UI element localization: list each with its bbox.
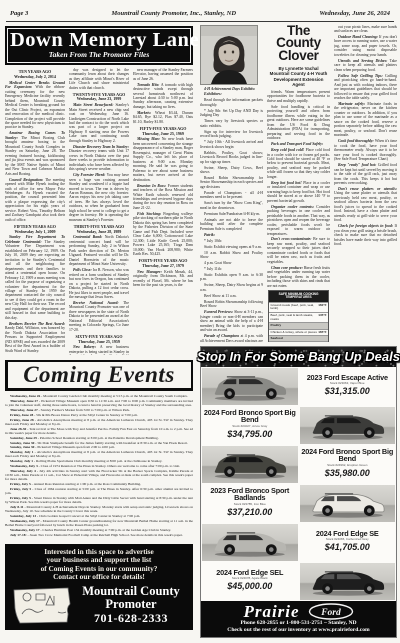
vehicle-listing: 2023 Ford Escape ActiveStock #23063, Vap… <box>299 367 397 404</box>
clover-paragraph: Exhibitors: <box>200 92 263 96</box>
clover-paragraph: Utensils and Serving Dishes: Take care t… <box>334 59 397 72</box>
vehicle-photo <box>202 446 298 483</box>
vehicle-stock: Stock #24078, Agate Black <box>232 577 268 581</box>
vehicle-stock: Stock #24027, Azure Gray <box>232 425 267 429</box>
clover-paragraph: Pack and Transport Food Safely: <box>267 142 330 146</box>
event-date: July 8-11 - <box>10 505 27 509</box>
dealer-logo-row: Prairie Ford <box>203 603 394 620</box>
memory-lane-lead-in: Fish Stocking: <box>137 212 163 216</box>
memory-lane-paragraph: Disaster Recovery Team In Stanley: Disas… <box>69 145 129 172</box>
clover-lead-in: Outdoor Hand Cleaning: <box>338 35 379 39</box>
coming-event-item: Friday, June 28 - 50s & 60s Booze Dance … <box>5 413 193 417</box>
promoter-name-line2: Promoter <box>74 598 188 612</box>
coming-event-item: Thursday, July 4 - July 4th activities i… <box>5 469 193 481</box>
clover-lead-in: Cook food thoroughly: <box>338 139 375 143</box>
safe-temperature-chart: SAFE MINIMUM COOKING TEMPERATURESGround … <box>268 290 329 341</box>
clover-lead-in: Marinate safely: <box>338 102 367 106</box>
clover-paragraph: Funeral Previews: Show at 3-11 p.m., (si… <box>200 310 263 332</box>
memory-lane-paragraph: Stanley Fire Department To Celebrate Cen… <box>5 235 65 320</box>
vehicle-photo <box>300 563 396 600</box>
memory-lane-lead-in: New Bakery: <box>73 345 100 349</box>
vehicle-price: $31,315.00 <box>325 387 370 396</box>
clover-paragraph: Animals are not able to leave the buildi… <box>200 218 263 231</box>
clover-paragraph: friends. Warm temperatures present oppor… <box>267 90 330 103</box>
coming-event-item: Wednesday, July 17 - Charles Hartman Pos… <box>5 528 193 532</box>
clover-paragraph: Clean core produce: Rinse fresh fruits a… <box>267 266 330 288</box>
page-body: Down Memory Lane Taken From The Promoter… <box>0 22 400 638</box>
promoter-phone: 701-628-2333 <box>74 612 188 626</box>
clover-byline3: Development Extension Agent <box>267 77 330 88</box>
clover-paragraph: Keep hot food hot! Place in a cooler or … <box>267 181 330 203</box>
vehicle-price: $37,210.00 <box>227 508 272 517</box>
vehicle-name: 2024 Ford Edge SE <box>316 530 379 537</box>
memory-lane-lead-in: Tornado Hits: <box>137 83 161 87</box>
clover-paragraph: * July 8th: Set Up Day AND Day is Judgin… <box>200 109 263 118</box>
clover-title: The County Clover <box>267 25 330 63</box>
clover-paragraph: Patrik: <box>200 233 263 237</box>
clover-lead-in: Pack and Transport Food Safely: <box>271 142 323 146</box>
svg-text:Ford: Ford <box>320 608 341 618</box>
vehicle-name: 2024 Ford Bronco Sport Big Bend <box>301 448 395 463</box>
memory-lane-paragraph: New Manager: Keith Mrnak, 44, originally… <box>133 270 193 288</box>
clover-paragraph: Don't reuse platters or utensils: Using … <box>334 187 397 223</box>
memory-lane-subtitle: Taken From The Promoter Files <box>10 51 188 59</box>
event-date: Saturday, July 13 - <box>10 514 39 518</box>
promoter-contact: Mountrail County Promoter 701-628-2333 <box>74 585 188 626</box>
coming-event-item: Friday, July 5 - Street Dance in Stanley… <box>5 496 193 504</box>
coming-event-item: Wednesday, July 3 - Class of 1974 Reunio… <box>5 464 193 468</box>
left-column: Down Memory Lane Taken From The Promoter… <box>5 25 193 638</box>
down-memory-lane-frame: Down Memory Lane Taken From The Promoter… <box>7 28 191 63</box>
clover-paragraph: * July 10th: <box>200 239 263 243</box>
memory-lane-column-3: new manager of the Stanley Farmers Eleva… <box>133 68 193 355</box>
vehicle-listing: 2024 Ford Bronco Sport Big BendStock #24… <box>299 445 397 482</box>
memory-lane-lead-in: City Forester Hired: <box>73 173 107 177</box>
memory-lane-lead-in: Amateur Boxing Comes To Stanley: <box>5 131 65 139</box>
promo-message-line: Contact our office for details! <box>10 573 188 582</box>
clover-paragraph: 10 a.m. Rabbit Show and Poultry Show <box>200 251 263 260</box>
memory-lane-lead-in: Missing Man: <box>137 137 162 141</box>
clover-paragraph: 4-H Achievement Days Exhibits: <box>200 87 263 91</box>
memory-lane-lead-in: Main Street Resurfaced: <box>73 103 115 107</box>
clover-paragraph: 4 p.m. Goat Show <box>200 261 263 265</box>
memory-lane-column-2: day was designed to let the community le… <box>69 68 129 355</box>
coming-event-item: June 28-30 - Tent revival at The Moss wi… <box>5 427 193 435</box>
ford-logo: Ford <box>308 603 354 620</box>
ad-banner-text: Stop In For Some Bang Up Deals <box>197 350 400 363</box>
memory-lane-paragraph: Main Street Resurfaced: Stanley's Main S… <box>69 103 129 143</box>
clover-paragraph: * July 11th: <box>200 267 263 271</box>
coming-event-item: Monday, July 1 - Alcoholics Anonymous me… <box>5 450 193 458</box>
vehicle-photo <box>202 524 298 561</box>
coming-event-item: Friday, July 5 - Class of 1964 reunion s… <box>5 487 193 495</box>
event-date: Friday, July 5 - <box>10 496 34 500</box>
clover-paragraph: Round Robin Showmanship for Senior Showm… <box>200 176 263 189</box>
event-date: Wednesday, June 26 - <box>10 394 43 398</box>
clover-paragraph: Read through the information packets tho… <box>200 98 263 107</box>
memory-lane-lead-in: Reunion In Ross: <box>137 184 168 188</box>
clover-lead-in: Don't cross-contaminate: <box>271 237 313 241</box>
masthead-line: Mountrail County Promoter, Inc., Stanley… <box>112 11 237 18</box>
memory-lane-paragraph: Missing Man: No new leads have been unco… <box>133 137 193 182</box>
coming-event-item: July 8-11 - Mountrail County 4-H Achieve… <box>5 505 193 513</box>
memory-lane-paragraph: Polls Close: Ira B. Nesson, who was reti… <box>69 268 129 299</box>
clover-paragraph: Safe food handling is critical in protec… <box>267 105 330 141</box>
clover-paragraph: Keep "ready" food hot: Grilled food can … <box>334 163 397 185</box>
clover-lead-in: Keep cold food cold! <box>271 148 306 152</box>
coming-event-item: July 17-18: - Jasen Two Crow Memorial Fo… <box>5 533 193 537</box>
event-date: Thursday, July 4 - <box>10 469 39 473</box>
clover-lead-in: Keep hot food hot! <box>271 181 303 185</box>
vehicle-photo <box>300 485 396 522</box>
memory-lane-lead-in: Disaster Recovery Team In Stanley: <box>73 145 129 149</box>
clover-paragraph: out your picnic lines, make sure hands a… <box>334 25 397 34</box>
clover-paragraph: Organize cooler contents: Consider packi… <box>267 205 330 236</box>
vehicle-price: $45,000.00 <box>227 582 272 591</box>
vehicle-listing: 2024 Ford Bronco Sport Big BendStock #24… <box>201 406 299 443</box>
coming-event-item: Monday, July 1 - Rolling Plains Sportsma… <box>5 459 193 463</box>
event-date: Sunday, June 30 - <box>10 445 37 449</box>
coming-events-title: Coming Events <box>9 363 190 386</box>
clover-paragraph: Parade of Champions - all 4-H members ne… <box>200 191 263 200</box>
clover-paragraph: Premium Sale/Fundraiser/4-H kly m. <box>200 212 263 216</box>
clover-paragraph: Follow Safe Grilling Tips: Grilling and … <box>334 74 397 101</box>
temp-chart-row: Chicken & turkey, whole or pieces165°F <box>269 329 328 335</box>
clover-paragraph: Times vary by livestock species or stati… <box>200 119 263 128</box>
memory-lane-paragraph: City Forester Hired: You may have seen a… <box>69 173 129 222</box>
page-number: Page 3 <box>10 11 28 18</box>
memory-lane-paragraph: Fish Stocking: Fingerling walleye pike s… <box>133 212 193 257</box>
clover-column-2: The County Clover By Lynnette Vachal Mou… <box>267 25 330 342</box>
clover-lead-in: 4-H Achievement Days Exhibits: <box>204 87 255 91</box>
dealership-ad: Stop In For Some Bang Up Deals 2023 Ford… <box>200 346 397 638</box>
coming-event-item: Wednesday, July 17 - Mountrail County He… <box>5 519 193 527</box>
memory-lane-lead-in: Markets: <box>137 111 155 115</box>
vehicle-price: $34,795.00 <box>227 430 272 439</box>
clover-lead-in: Exhibitors: <box>204 92 222 96</box>
memory-lane-section-heading: FIFTEEN YEARS AGOWednesday July 1, 2009 <box>5 225 65 235</box>
event-date: Sunday, June 30 - <box>10 441 37 445</box>
vehicle-stock: Stock #24962, Eruption Green <box>327 464 367 468</box>
coming-events-box: Coming Events <box>5 360 193 391</box>
event-date: Wednesday, July 17 - <box>10 519 43 523</box>
dealer-footer: Prairie Ford Phone 628-2855 or 1-800-531… <box>201 601 396 637</box>
event-date: Monday, July 1 - <box>10 459 36 463</box>
coming-event-item: Thursday, June 27 - Pickertail Village M… <box>5 399 193 407</box>
memory-lane-lead-in: New Manager: <box>137 270 164 274</box>
memory-lane-lead-in: Receive National Award: <box>73 301 123 305</box>
county-clover-article: 4-H Achievement Days Exhibits: Exhibitor… <box>200 25 397 342</box>
dealer-inventory: Check out the rest of our inventory at w… <box>203 627 394 634</box>
event-date: Friday, June 28 - <box>10 413 36 417</box>
clover-paragraph: Round Robin Showmanship following Beef S… <box>200 300 263 309</box>
event-date: Wednesday, July 3 - <box>10 464 41 468</box>
memory-lane-section-heading: TEN YEARS AGOWednesday, July 2, 2014 <box>5 70 65 80</box>
vehicle-photo <box>202 368 298 405</box>
clover-paragraph: Parade of Champions at 4 p.m. with all A… <box>200 334 263 341</box>
clover-lead-in: Patrik: <box>204 233 215 237</box>
event-date: Thursday, June 27 - <box>10 399 41 403</box>
clover-paragraph: Check for foreign objects in food: If yo… <box>334 224 397 246</box>
columnist-photo <box>200 25 258 85</box>
clover-paragraph: Marinate safely: Marinate foods in the r… <box>334 102 397 138</box>
memory-lane-paragraph: Amateur Boxing Comes To Stanley: The Min… <box>5 131 65 176</box>
memory-lane-section-heading: FORTY-FIVE YEARS AGOThursday, June 27, 1… <box>133 259 193 269</box>
vehicle-grid: 2023 Ford Escape ActiveStock #23063, Vap… <box>201 367 396 601</box>
coming-events-frame: Coming Events <box>7 361 192 389</box>
memory-lane-paragraph: Centennial Band: North Dakota's centenni… <box>69 235 129 266</box>
vehicle-price: $41,705.00 <box>325 543 370 552</box>
event-date: Saturday, June 29 - <box>10 436 40 440</box>
promoter-ad-box: Interested in this space to advertiseyou… <box>5 544 193 630</box>
ad-banner: Stop In For Some Bang Up Deals <box>201 347 396 367</box>
vehicle-stock: Stock #23785, Iron Blue <box>234 503 266 507</box>
vehicle-name: 2023 Ford Bronco Sport Badlands <box>203 487 297 502</box>
down-memory-lane-banner: Down Memory Lane Taken From The Promoter… <box>5 26 193 65</box>
vehicle-stock: Stock #24065, Carbonized Gray <box>326 538 369 542</box>
memory-lane-paragraph: Markets: Wheat $3.44, Durum $4.65, Rye $… <box>133 111 193 124</box>
clover-lead-in: Clean core produce: <box>271 266 304 270</box>
memory-lane-section-heading: TWENTY-FIVE YEARS AGOWednesday, June 23,… <box>69 93 129 103</box>
clover-paragraph: Beef Show at 11 a.m. <box>200 294 263 298</box>
memory-lane-lead-in: Council Resignation: <box>9 178 45 182</box>
clover-lead-in: Funeral Previews: <box>204 310 234 314</box>
clover-paragraph: Don't cross-contaminate: Be sure to keep… <box>267 237 330 264</box>
memory-lane-lead-in: Centennial Band: <box>73 235 105 239</box>
clover-paragraph: Keep cold food cold! Place cold food in … <box>267 148 330 179</box>
clover-lead-in: Keep "ready" food hot: <box>338 163 378 167</box>
vehicle-name: 2023 Ford Escape Active <box>307 374 388 381</box>
newspaper-page: Page 3 Mountrail County Promoter, Inc., … <box>0 0 400 643</box>
coming-event-item: Friday, June 28 - Alcoholics Anonymous m… <box>5 418 193 426</box>
memory-lane-section-heading: SIXTY-FIVE YEARS AGOThursday, June 25, 1… <box>69 335 129 345</box>
vehicle-stock: Stock #23063, Vapor Blue <box>330 382 365 386</box>
memory-lane-paragraph: Receive National Award: The Mountrail Co… <box>69 301 129 332</box>
vehicle-listing: 2023 Ford Bronco Sport BadlandsStock #23… <box>201 484 299 521</box>
clover-column-3: out your picnic lines, make sure hands a… <box>334 25 397 342</box>
memory-lane-paragraph: Medical Center Breaks Ground For Expansi… <box>5 81 65 130</box>
clover-paragraph: Static Exhibit viewing opens at 9 a.m. <box>200 245 263 249</box>
clover-lead-in: Follow Safe Grilling Tips: <box>338 74 385 78</box>
clover-column-1: 4-H Achievement Days Exhibits: Exhibitor… <box>200 25 263 342</box>
clover-paragraph: Rabbits, Poultry, Goat shows; Livestock … <box>200 151 263 164</box>
memory-lane-paragraph: Reunion In Ross: Former students and tea… <box>133 184 193 211</box>
clover-paragraph: Cook food thoroughly: When it's time to … <box>334 139 397 161</box>
event-date: July 17-18: - <box>10 533 30 537</box>
memory-lane-section-heading: FIFTY-FIVE YEARS AGOThursday, June 25, 1… <box>133 127 193 137</box>
clover-paragraph: Sara's turn by the "Show Com King", meal… <box>200 201 263 210</box>
coming-event-item: Friday, July 5 - Annual Ross Reunion sta… <box>5 482 193 486</box>
clover-paragraph: Static Exhibits open 9 a.m. to 6:30 p.m. <box>200 273 263 282</box>
memory-lane-paragraph: new manager of the Stanley Farmers Eleva… <box>133 68 193 81</box>
promo-message: Interested in this space to advertiseyou… <box>10 548 188 582</box>
clover-paragraph: Swine, Sheep, Dairy Show begins at 9 a.m… <box>200 283 263 292</box>
dealer-phone: Phone 628-2855 or 1-800-531-2751 ~ Stanl… <box>203 620 394 627</box>
clover-lead-in: Organize cooler contents: <box>271 205 316 209</box>
clover-lead-in: Don't reuse platters or utensils: <box>338 187 397 191</box>
clover-header: The County Clover By Lynnette Vachal Mou… <box>267 25 330 88</box>
memory-lane-paragraph: Council Resignation: The meeting opened … <box>5 178 65 223</box>
vehicle-name: 2024 Ford Edge SEL <box>216 569 283 576</box>
coming-event-item: Sunday, June 30 - Pickertail Village Mus… <box>5 445 193 449</box>
clover-paragraph: Sign up for interview for livestock reco… <box>200 130 263 139</box>
north-dakota-map-illustration <box>10 584 74 626</box>
event-date: June 28-30 - <box>10 427 29 431</box>
clover-paragraph: * July 10th - All livestock arrival and … <box>200 140 263 149</box>
coming-event-item: Thursday, June 27 - Stanley Farmer's Mar… <box>5 408 193 412</box>
memory-lane-paragraph: Brothers Receive The Best Award: Randy D… <box>5 322 65 353</box>
promoter-name-line1: Mountrail County <box>74 585 188 598</box>
clover-lead-in: Utensils and Serving Dishes: <box>338 59 390 63</box>
memory-lane-column-1: TEN YEARS AGOWednesday, July 2, 2014Medi… <box>5 68 65 355</box>
memory-lane-paragraph: day was designed to let the community le… <box>69 68 129 90</box>
vehicle-listing: 2024 Ford Edge SEStock #24065, Carbonize… <box>299 523 397 560</box>
coming-event-item: Saturday, July 13 - Chris Golden Gospel … <box>5 514 193 518</box>
event-date: Wednesday, July 17 - <box>10 528 42 532</box>
memory-lane-lead-in: Stanley Fire Department To Celebrate Cen… <box>5 235 65 243</box>
vehicle-price: $35,980.00 <box>325 469 370 478</box>
coming-event-item: Saturday, June 29 - Palermo School Reuni… <box>5 436 193 440</box>
memory-lane-section-heading: THIRTY-FIVE YEARS AGOWednesday, June 28,… <box>69 225 129 235</box>
memory-lane-title: Down Memory Lane <box>10 30 188 51</box>
event-date: Thursday, June 27 - <box>10 408 41 412</box>
right-column: 4-H Achievement Days Exhibits: Exhibitor… <box>200 25 397 638</box>
promo-bottom: Mountrail County Promoter 701-628-2333 <box>10 584 188 626</box>
event-date: Friday, July 5 - <box>10 487 35 491</box>
memory-lane-lead-in: Medical Center Breaks Ground For Expansi… <box>5 81 65 89</box>
clover-paragraph: Swine, Sheep, Dairy Cows, Beef shows <box>200 166 263 175</box>
event-date: Friday, June 28 - <box>10 418 37 422</box>
page-header: Page 3 Mountrail County Promoter, Inc., … <box>0 0 400 20</box>
temp-chart-title: SAFE MINIMUM COOKING TEMPERATURES <box>269 291 328 302</box>
clover-paragraph: Outdoor Hand Cleaning: If you don't have… <box>334 35 397 57</box>
memory-lane-lead-in: Brothers Receive The Best Award: <box>9 322 65 326</box>
coming-event-item: Sunday, June 30 - 5K Dale Stampede benef… <box>5 441 193 445</box>
clover-lead-in: Parade of Champions <box>204 334 241 338</box>
clover-lead-in: Check for foreign objects in food: <box>338 224 394 228</box>
memory-lane-paragraph: Tornado Hits: A tornado with high destru… <box>133 83 193 110</box>
vehicle-photo <box>300 407 396 444</box>
dealer-name: Prairie <box>243 603 299 620</box>
memory-lane-article: TEN YEARS AGOWednesday, July 2, 2014Medi… <box>5 68 193 355</box>
event-date: Monday, July 1 - <box>10 450 37 454</box>
vehicle-name: 2024 Ford Bronco Sport Big Bend <box>203 409 297 424</box>
memory-lane-lead-in: Polls Close: <box>73 268 93 272</box>
vehicle-listing: 2024 Ford Edge SELStock #24078, Agate Bl… <box>201 562 299 599</box>
issue-date: Wednesday, June 26, 2024 <box>319 11 390 18</box>
coming-event-item: Wednesday, June 26 - Mountrail County Ga… <box>5 394 193 398</box>
event-date: Friday, July 5 - <box>10 482 34 486</box>
temp-chart-row: Ground meats (beef, pork, veal, lamb)160… <box>269 302 328 312</box>
temp-chart-row: Beef, pork, veal & lamb steaks, roasts14… <box>269 312 328 322</box>
memory-lane-paragraph: New Bakery: A new business enterprise is… <box>69 345 129 354</box>
coming-events-list: Wednesday, June 26 - Mountrail County Ga… <box>5 394 193 540</box>
